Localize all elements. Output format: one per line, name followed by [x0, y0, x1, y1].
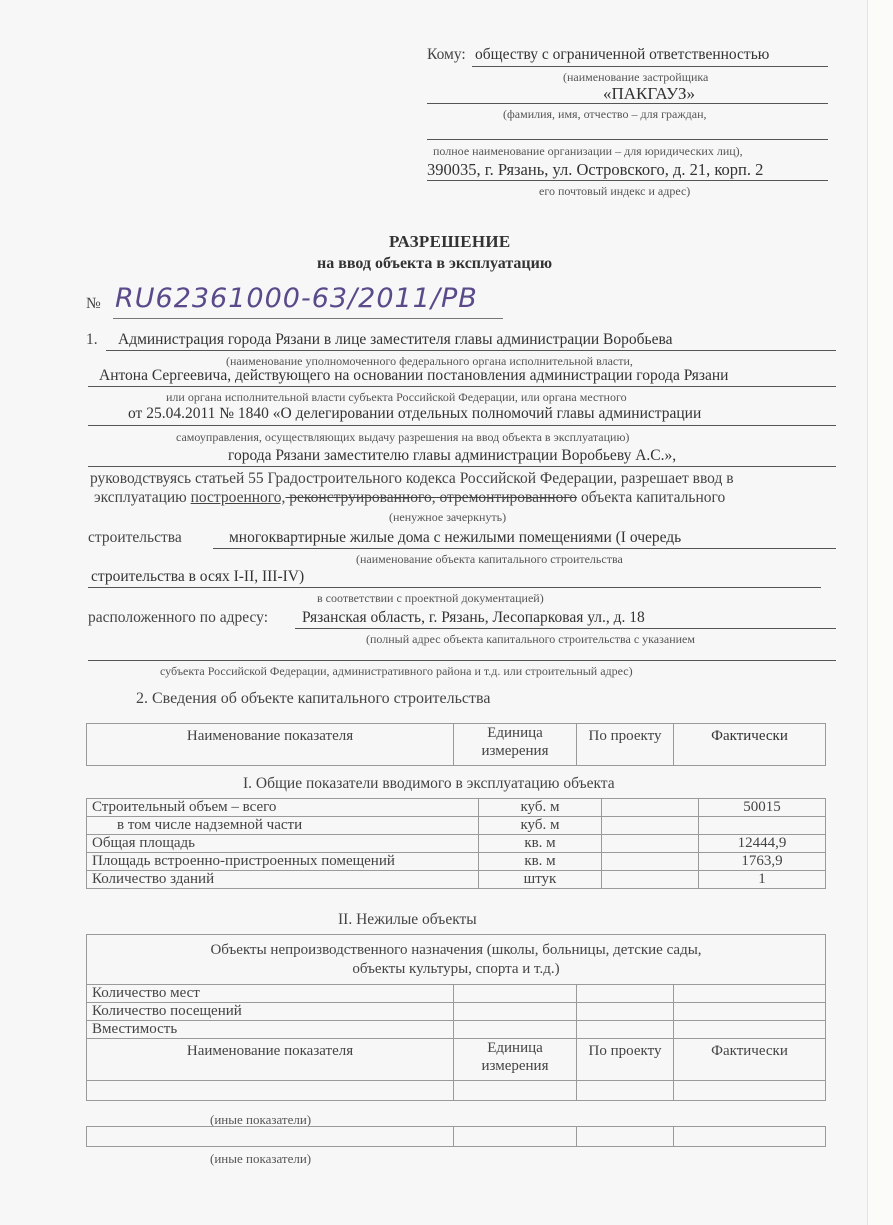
col-name-header: Наименование показателя — [87, 724, 454, 766]
to-value: обществу с ограниченной ответственностью — [475, 46, 769, 64]
other-indicators-row — [86, 1126, 826, 1147]
cell-unit: куб. м — [479, 817, 602, 835]
cell-unit: кв. м — [479, 835, 602, 853]
option-reconstructed-repaired: реконструированного, отремонтированного — [285, 489, 577, 506]
cell-actual: 1 — [699, 871, 826, 889]
table-row: Количество посещений — [87, 1003, 826, 1021]
caption-legal: полное наименование организации – для юр… — [433, 144, 743, 159]
section2-title: 2. Сведения об объекте капитального стро… — [136, 690, 490, 708]
table-row: Количество зданийштук1 — [87, 871, 826, 889]
legal-basis-line: руководствуясь статьей 55 Градостроитель… — [90, 470, 734, 488]
cell-name: Вместимость — [87, 1021, 454, 1039]
cell-name: Площадь встроенно-пристроенных помещений — [87, 853, 479, 871]
table-row: Количество мест — [87, 985, 826, 1003]
general-indicators-table: Строительный объем – всегокуб. м50015в т… — [86, 798, 826, 889]
cell-project — [602, 817, 699, 835]
cell-name: Количество зданий — [87, 871, 479, 889]
cell-project — [602, 853, 699, 871]
authority-line-2: Антона Сергеевича, действующего на основ… — [99, 367, 728, 385]
document-subtitle: на ввод объекта в эксплуатацию — [317, 255, 552, 273]
nonresidential-table: Объекты непроизводственного назначения (… — [86, 934, 826, 1101]
table-row: в том числе надземной частикуб. м — [87, 817, 826, 835]
general-indicators-title: I. Общие показатели вводимого в эксплуат… — [243, 775, 615, 793]
address-label: расположенного по адресу: — [88, 609, 268, 627]
header-table: Наименование показателя Единица измерени… — [86, 723, 826, 766]
table-row: Вместимость — [87, 1021, 826, 1039]
caption-docs: в соответствии с проектной документацией… — [317, 591, 544, 606]
table-header-row: Наименование показателяЕдиница измерения… — [87, 1039, 826, 1081]
cell-actual: 12444,9 — [699, 835, 826, 853]
cell-name: Количество мест — [87, 985, 454, 1003]
caption-address-2: субъекта Российской Федерации, администр… — [160, 664, 633, 679]
authority-line-4: города Рязани заместителю главы админист… — [228, 447, 676, 465]
col-unit-header: Единица измерения — [454, 1039, 577, 1081]
construction-label: строительства — [88, 529, 182, 547]
col-project-header: По проекту — [577, 724, 674, 766]
col-unit-header: Единица измерения — [454, 724, 577, 766]
authority-line-3: от 25.04.2011 № 1840 «О делегировании от… — [128, 405, 701, 423]
caption-authority-3: самоуправления, осуществляющих выдачу ра… — [176, 430, 629, 445]
option-built: построенного, — [191, 489, 286, 506]
caption-authority-2: или органа исполнительной власти субъект… — [166, 390, 627, 405]
object-name-line-2: строительства в осях I-II, III-IV) — [91, 568, 304, 586]
cell-name: Общая площадь — [87, 835, 479, 853]
cell-name: в том числе надземной части — [87, 817, 479, 835]
cell-unit: кв. м — [479, 853, 602, 871]
caption-citizens: (фамилия, имя, отчество – для граждан, — [503, 107, 706, 122]
cell-project — [602, 871, 699, 889]
cell-actual: 50015 — [699, 799, 826, 817]
col-actual-header: Фактически — [674, 1039, 826, 1081]
caption-developer: (наименование застройщика — [563, 70, 708, 85]
caption-address-1: (полный адрес объекта капитального строи… — [366, 632, 695, 647]
nonres-header: Объекты непроизводственного назначения (… — [87, 935, 826, 985]
caption-object: (наименование объекта капитального строи… — [356, 552, 623, 567]
cell-unit: куб. м — [479, 799, 602, 817]
number-label: № — [86, 295, 101, 313]
table-row — [87, 1081, 826, 1101]
nonresidential-title: II. Нежилые объекты — [338, 911, 477, 929]
cell-name: Строительный объем – всего — [87, 799, 479, 817]
col-actual-header: Фактически — [674, 724, 826, 766]
col-project-header: По проекту — [577, 1039, 674, 1081]
item-number: 1. — [86, 331, 98, 349]
cell-actual — [699, 817, 826, 835]
object-address: Рязанская область, г. Рязань, Лесопарков… — [302, 609, 645, 627]
permit-number: RU62361000-63/2011/PB — [115, 283, 478, 314]
caption-strike: (ненужное зачеркнуть) — [389, 510, 506, 525]
cell-project — [602, 799, 699, 817]
to-label: Кому: — [427, 46, 466, 64]
object-name-line-1: многоквартирные жилые дома с нежилыми по… — [229, 529, 681, 547]
caption-address: его почтовый индекс и адрес) — [539, 184, 690, 199]
cell-actual: 1763,9 — [699, 853, 826, 871]
cell-name: Количество посещений — [87, 1003, 454, 1021]
company-name: «ПАКГАУЗ» — [603, 84, 695, 104]
authority-line-1: Администрация города Рязани в лице замес… — [118, 331, 672, 349]
cell-unit: штук — [479, 871, 602, 889]
table-row: Общая площадькв. м12444,9 — [87, 835, 826, 853]
recipient-address: 390035, г. Рязань, ул. Островского, д. 2… — [427, 160, 763, 180]
document-title: РАЗРЕШЕНИЕ — [389, 232, 511, 252]
table-row: Строительный объем – всегокуб. м50015 — [87, 799, 826, 817]
cell-project — [602, 835, 699, 853]
col-name-header: Наименование показателя — [87, 1039, 454, 1081]
commissioning-line: эксплуатацию построенного, реконструиров… — [94, 489, 725, 507]
page-edge — [867, 0, 893, 1225]
other-indicators-caption-2: (иные показатели) — [210, 1151, 311, 1167]
table-row: Площадь встроенно-пристроенных помещений… — [87, 853, 826, 871]
